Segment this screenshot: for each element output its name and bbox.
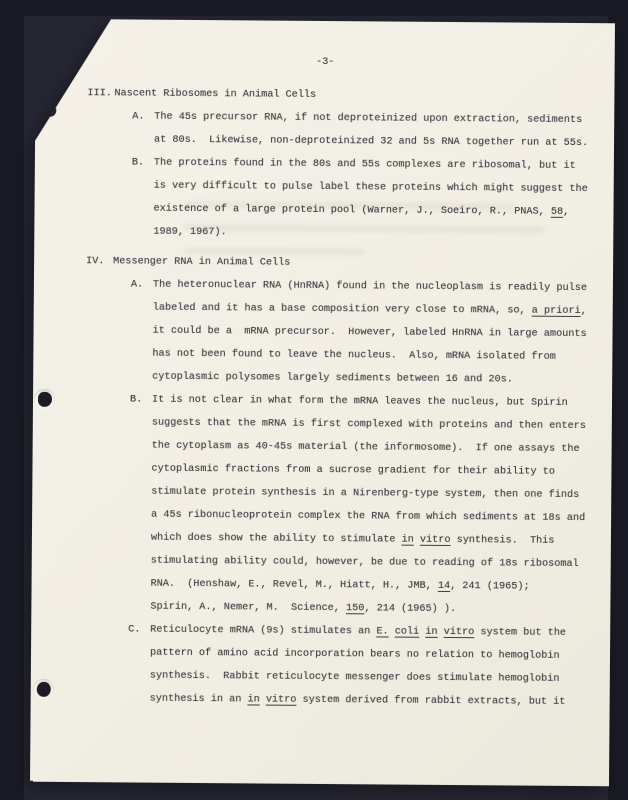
text-segment: system derived from rabbit extracts, but… bbox=[296, 695, 565, 708]
text-segment: , bbox=[581, 306, 587, 317]
text-segment: a 45s ribonucleoprotein complex the RNA … bbox=[151, 510, 585, 524]
underlined-text: vitro bbox=[420, 535, 451, 546]
section-header: IV.Messenger RNA in Animal Cells bbox=[34, 250, 613, 278]
text-segment: at 80s. Likewise, non-deproteinized 32 a… bbox=[154, 135, 588, 149]
underlined-text: in bbox=[425, 627, 437, 638]
text-segment: system but the bbox=[474, 627, 566, 639]
underlined-text: 150 bbox=[346, 603, 364, 614]
text-segment: It is not clear in what form the mRNA le… bbox=[152, 395, 568, 409]
section-title: Nascent Ribosomes in Animal Cells bbox=[114, 88, 316, 101]
text-segment: it could be a mRNA precursor. However, l… bbox=[153, 326, 587, 340]
section-numeral: III. bbox=[87, 82, 114, 105]
text-segment: cytoplasmic fractions from a sucrose gra… bbox=[151, 464, 555, 478]
paper-stack: -3- III.Nascent Ribosomes in Animal Cell… bbox=[30, 19, 615, 786]
underlined-text: vitro bbox=[444, 627, 475, 638]
text-segment: has not been found to leave the nucleus.… bbox=[152, 349, 556, 363]
document-line: 1989, 1967). bbox=[34, 220, 613, 248]
text-segment: The heteronuclear RNA (HnRNA) found in t… bbox=[153, 280, 587, 294]
text-segment: stimulate protein synthesis in a Nirenbe… bbox=[151, 487, 579, 501]
underlined-text: 58 bbox=[551, 207, 563, 218]
section-header: III.Nascent Ribosomes in Animal Cells bbox=[35, 82, 614, 110]
item-label: B. bbox=[130, 388, 152, 411]
text-segment: Reticulocyte mRNA (9s) stimulates an bbox=[150, 625, 376, 638]
underlined-text: in bbox=[402, 535, 414, 546]
item-label: A. bbox=[132, 105, 154, 128]
text-segment: pattern of amino acid incorporation bear… bbox=[150, 648, 560, 662]
section-title: Messenger RNA in Animal Cells bbox=[113, 256, 290, 268]
text-segment: is very difficult to pulse label these p… bbox=[154, 181, 588, 195]
text-segment: labeled and it has a base composition ve… bbox=[153, 303, 532, 317]
text-segment: suggests that the mRNA is first complexe… bbox=[152, 418, 586, 432]
scan-backdrop: -3- III.Nascent Ribosomes in Animal Cell… bbox=[0, 0, 628, 800]
document-line: synthesis in an in vitro system derived … bbox=[31, 687, 610, 715]
text-segment: The proteins found in the 80s and 55s co… bbox=[154, 158, 576, 172]
text-segment: , 214 (1965) ). bbox=[364, 603, 456, 615]
text-segment: existence of a large protein pool (Warne… bbox=[153, 204, 550, 218]
underlined-text: in bbox=[247, 694, 259, 705]
section-numeral: IV. bbox=[86, 250, 113, 273]
text-segment: synthesis in an bbox=[150, 694, 248, 706]
text-segment: stimulating ability could, however, be d… bbox=[151, 556, 579, 570]
section: IV.Messenger RNA in Animal CellsA.The he… bbox=[31, 250, 614, 715]
underlined-text: E. bbox=[376, 626, 388, 637]
document-body: III.Nascent Ribosomes in Animal CellsA.T… bbox=[31, 82, 615, 715]
text-segment: which does show the ability to stimulate bbox=[151, 533, 402, 546]
item-label: B. bbox=[132, 151, 154, 174]
text-segment: RNA. (Henshaw, E., Revel, M., Hiatt, H.,… bbox=[151, 579, 438, 592]
underlined-text: coli bbox=[395, 627, 420, 638]
text-segment: the cytoplasm as 40-45s material (the in… bbox=[152, 441, 580, 455]
text-segment: 1989, 1967). bbox=[153, 227, 226, 239]
text-segment: synthesis. Rabbit reticulocyte messenger… bbox=[150, 671, 560, 685]
section: III.Nascent Ribosomes in Animal CellsA.T… bbox=[34, 82, 614, 248]
text-segment: synthesis. This bbox=[450, 535, 554, 547]
underlined-text: vitro bbox=[266, 695, 297, 706]
item-label: A. bbox=[131, 273, 153, 296]
text-segment: , 241 (1965); bbox=[450, 581, 530, 593]
page-number: -3- bbox=[36, 49, 615, 77]
underlined-text: a priori bbox=[532, 306, 581, 317]
item-label: C. bbox=[128, 618, 150, 641]
text-segment: Spirin, A., Nemer, M. Science, bbox=[150, 602, 346, 615]
text-segment: , bbox=[563, 207, 569, 218]
text-segment: cytoplasmic polysomes largely sediments … bbox=[152, 372, 513, 386]
document-page: -3- III.Nascent Ribosomes in Animal Cell… bbox=[30, 19, 615, 786]
text-segment: The 45s precursor RNA, if not deproteini… bbox=[154, 112, 582, 126]
typewritten-text: -3- III.Nascent Ribosomes in Animal Cell… bbox=[31, 49, 615, 715]
underlined-text: 14 bbox=[438, 581, 450, 592]
